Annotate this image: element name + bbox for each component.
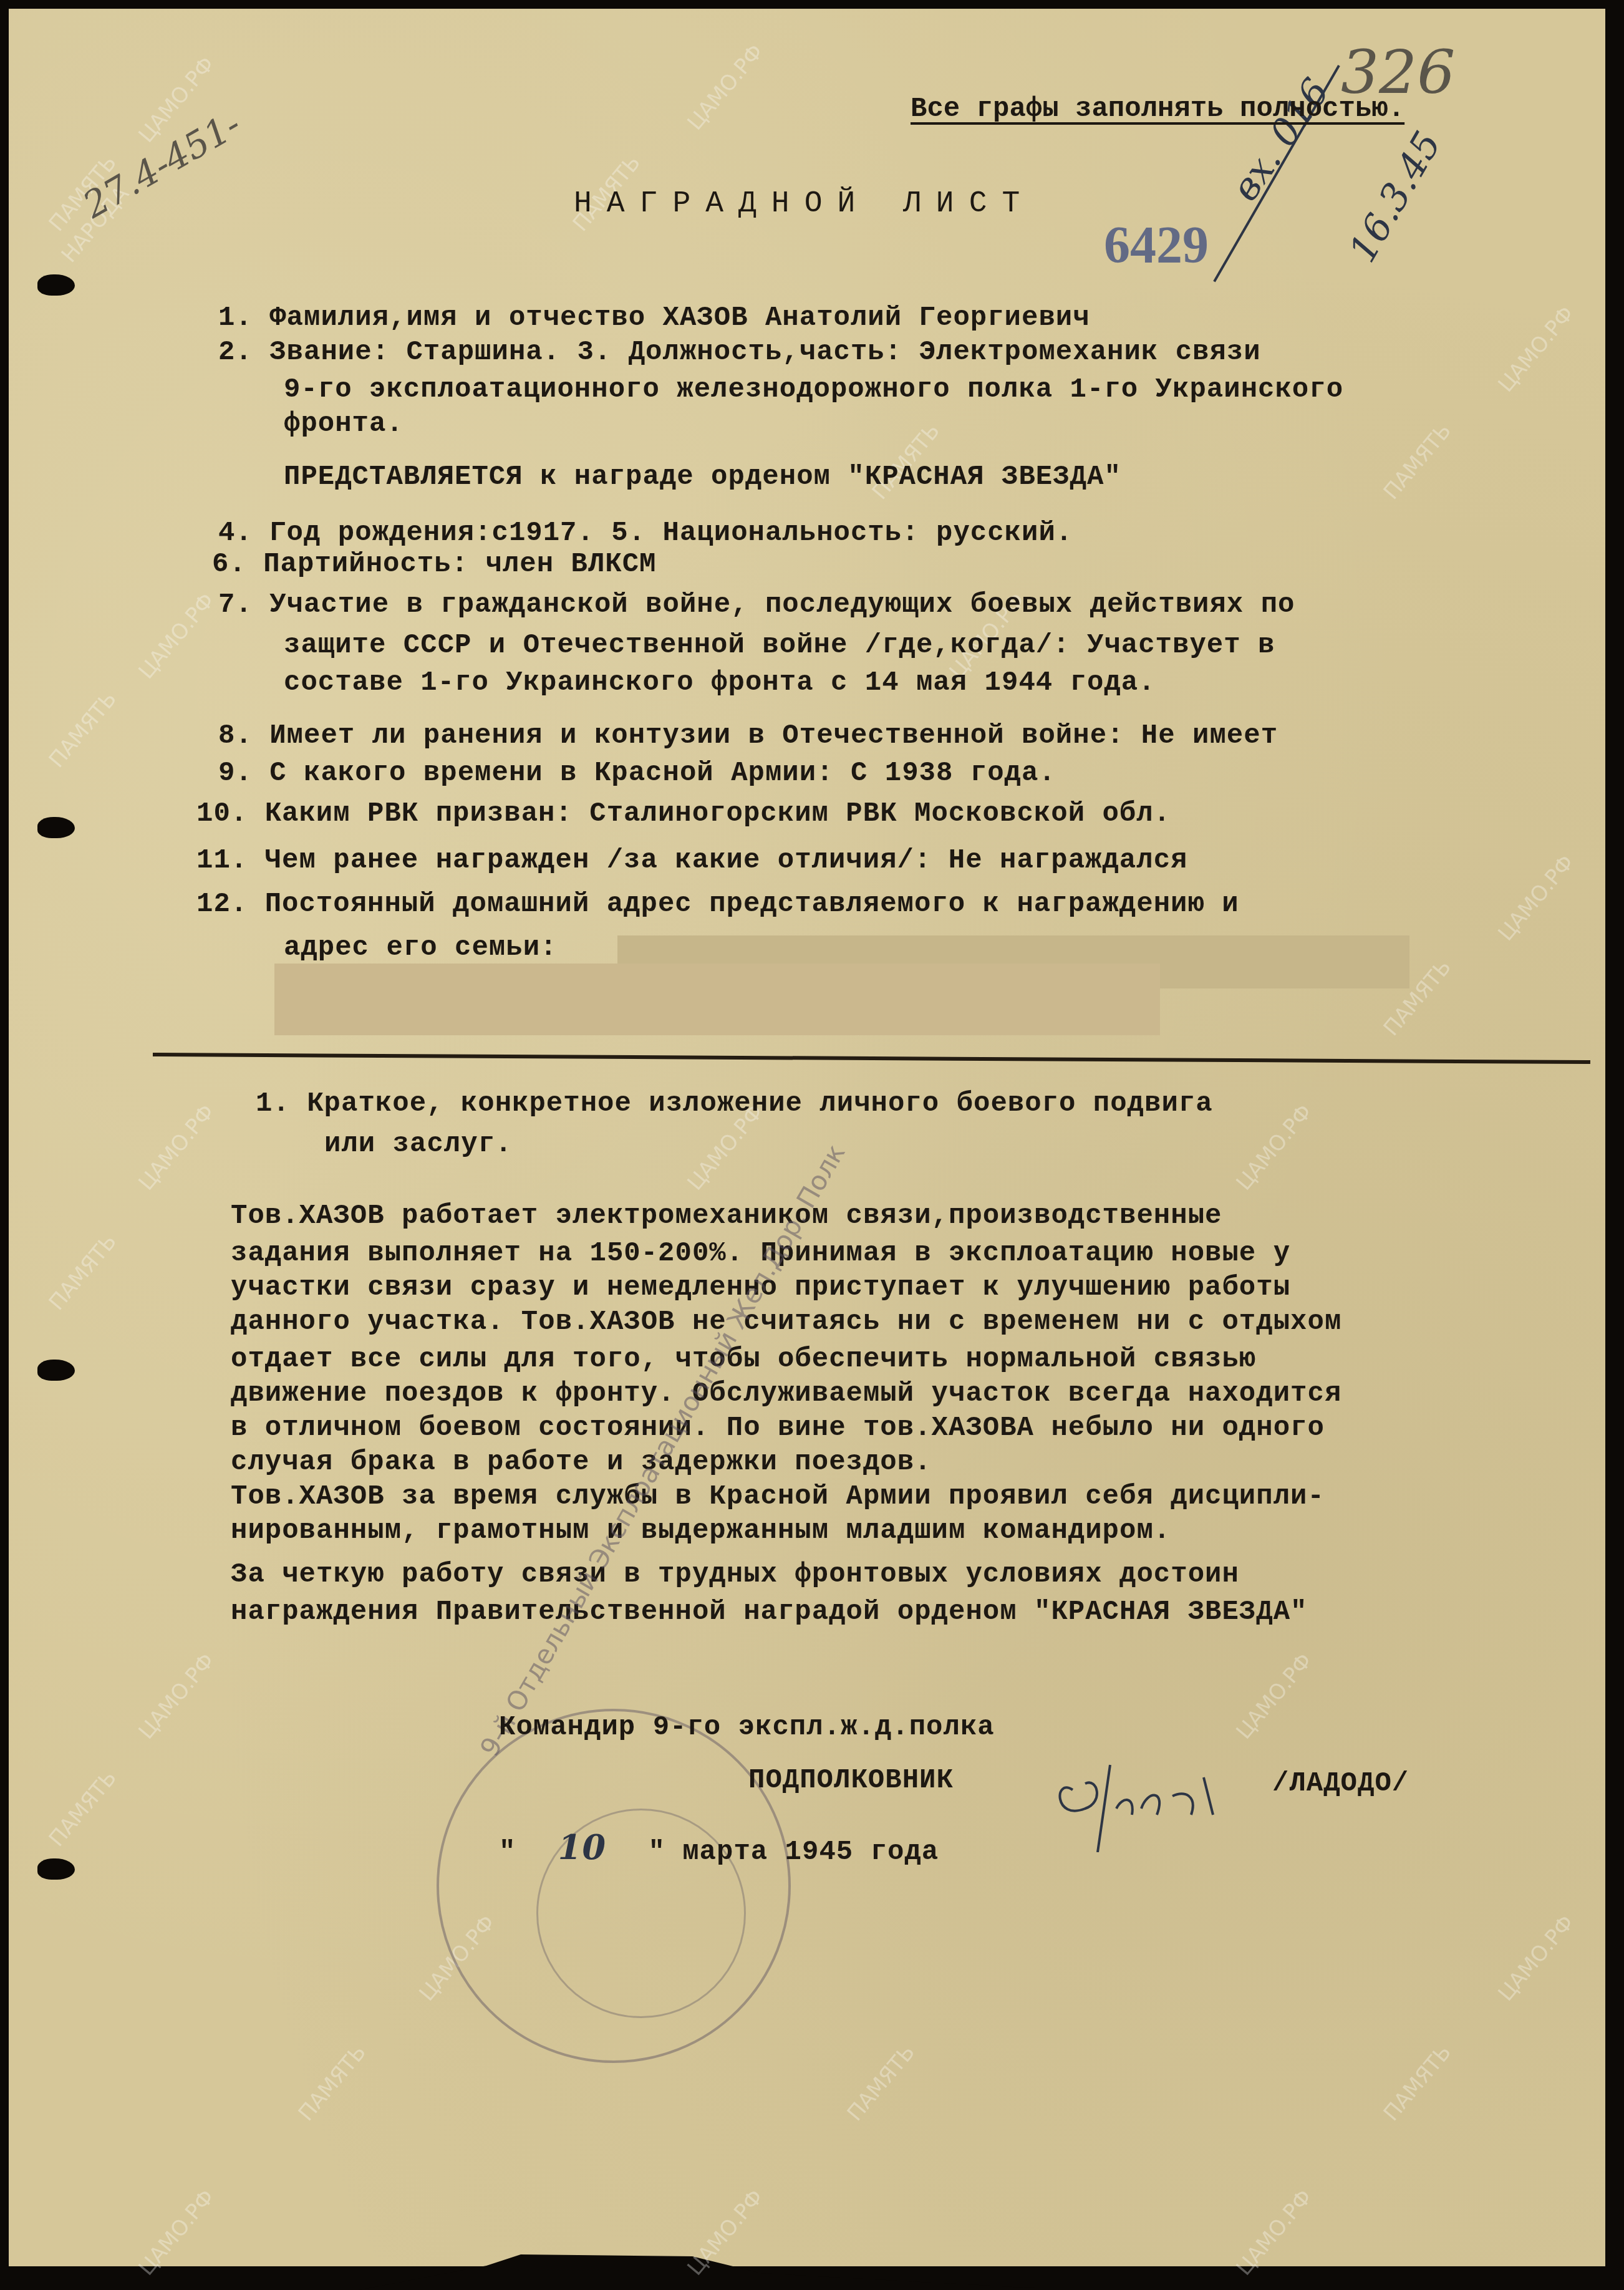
merit-line: случая брака в работе и задержки поездов… [231,1447,932,1478]
field-3-cont: фронта. [284,408,404,440]
field-number: 4. [218,518,253,549]
field-number: 8. [218,720,253,751]
field-2-3: 2. Звание: Старшина. 3. Должность,часть:… [218,337,1261,368]
redacted-address-block [274,964,1160,1035]
field-text: Партийность: член ВЛКСМ [263,549,656,580]
signature-scrawl [1048,1752,1235,1852]
signing-date: " 10 " марта 1945 года [499,1827,939,1868]
field-text: Участие в гражданской войне, последующих… [269,589,1295,621]
commander-position: Командир 9-го экспл.ж.д.полка [499,1712,995,1743]
field-11: 11. Чем ранее награжден /за какие отличи… [196,845,1187,876]
merit-line: отдает все силы для того, чтобы обеспечи… [231,1344,1256,1375]
merit-line: нированным, грамотным и выдержанным млад… [231,1515,1171,1547]
merit-line: движение поездов к фронту. Обслуживаемый… [231,1378,1341,1409]
field-text: Чем ранее награжден /за какие отличия/: … [265,845,1188,876]
field-text: Фамилия,имя и отчество ХАЗОВ Анатолий Ге… [269,302,1090,334]
award-nomination-line: ПРЕДСТАВЛЯЕТСЯ к награде орденом "КРАСНА… [284,461,1121,493]
merit-heading: 1. Краткое, конкретное изложение личного… [256,1088,1213,1119]
field-10: 10. Каким РВК призван: Сталиногорским РВ… [196,798,1171,829]
punch-hole [37,274,75,296]
registration-number-stamp: 6429 [1104,215,1209,276]
field-number: 11. [196,845,248,876]
field-text: Постоянный домашний адрес представляемог… [265,889,1239,920]
field-12-cont: адрес его семьи: [284,932,557,964]
commander-rank: ПОДПОЛКОВНИК [748,1765,954,1796]
field-number: 10. [196,798,248,829]
field-number: 2. [218,337,253,368]
date-rest: " марта 1945 года [648,1837,939,1868]
document-title: НАГРАДНОЙ ЛИСТ [574,187,1035,221]
field-number: 6. [212,549,246,580]
field-12: 12. Постоянный домашний адрес представля… [196,889,1239,920]
field-text: С какого времени в Красной Армии: С 1938… [269,758,1056,789]
field-3-cont: 9-го эксплоатационного железнодорожного … [284,374,1343,405]
field-number: 1. [218,302,253,334]
field-8: 8. Имеет ли ранения и контузии в Отечест… [218,720,1278,751]
punch-hole [37,1360,75,1381]
field-number: 9. [218,758,253,789]
date-open-quote: " [499,1837,516,1868]
punch-hole [37,817,75,838]
merit-line: награждения Правительственной наградой о… [231,1597,1307,1628]
merit-line: в отличном боевом состоянии. По вине тов… [231,1413,1325,1444]
field-text: Каким РВК призван: Сталиногорским РВК Мо… [265,798,1171,829]
field-text: Звание: Старшина. 3. Должность,часть: Эл… [269,337,1260,368]
field-7: 7. Участие в гражданской войне, последую… [218,589,1295,621]
merit-heading-cont: или заслуг. [324,1129,512,1160]
punch-hole [37,1858,75,1880]
commander-name: /ЛАДОДО/ [1272,1768,1409,1799]
field-text: Год рождения:c1917. 5. Национальность: р… [269,518,1073,549]
field-9: 9. С какого времени в Красной Армии: С 1… [218,758,1056,789]
field-number: 7. [218,589,253,621]
field-1: 1. Фамилия,имя и отчество ХАЗОВ Анатолий… [218,302,1090,334]
handwritten-day: 10 [558,1827,606,1867]
field-4-5: 4. Год рождения:c1917. 5. Национальность… [218,518,1073,549]
fill-all-fields-note: Все графы заполнять полностью. [911,94,1404,125]
field-7-cont: составе 1-го Украинского фронта с 14 мая… [284,667,1156,698]
field-number: 12. [196,889,248,920]
field-text: Имеет ли ранения и контузии в Отечествен… [269,720,1278,751]
field-6: 6. Партийность: член ВЛКСМ [212,549,657,580]
merit-line: За четкую работу связи в трудных фронтов… [231,1559,1239,1590]
field-7-cont: защите СССР и Отечественной войне /где,к… [284,630,1275,661]
merit-line: Тов.ХАЗОВ за время службы в Красной Арми… [231,1481,1325,1512]
merit-line: Тов.ХАЗОВ работает электромехаником связ… [231,1201,1222,1232]
merit-line: данного участка. Тов.ХАЗОВ не считаясь н… [231,1307,1341,1338]
